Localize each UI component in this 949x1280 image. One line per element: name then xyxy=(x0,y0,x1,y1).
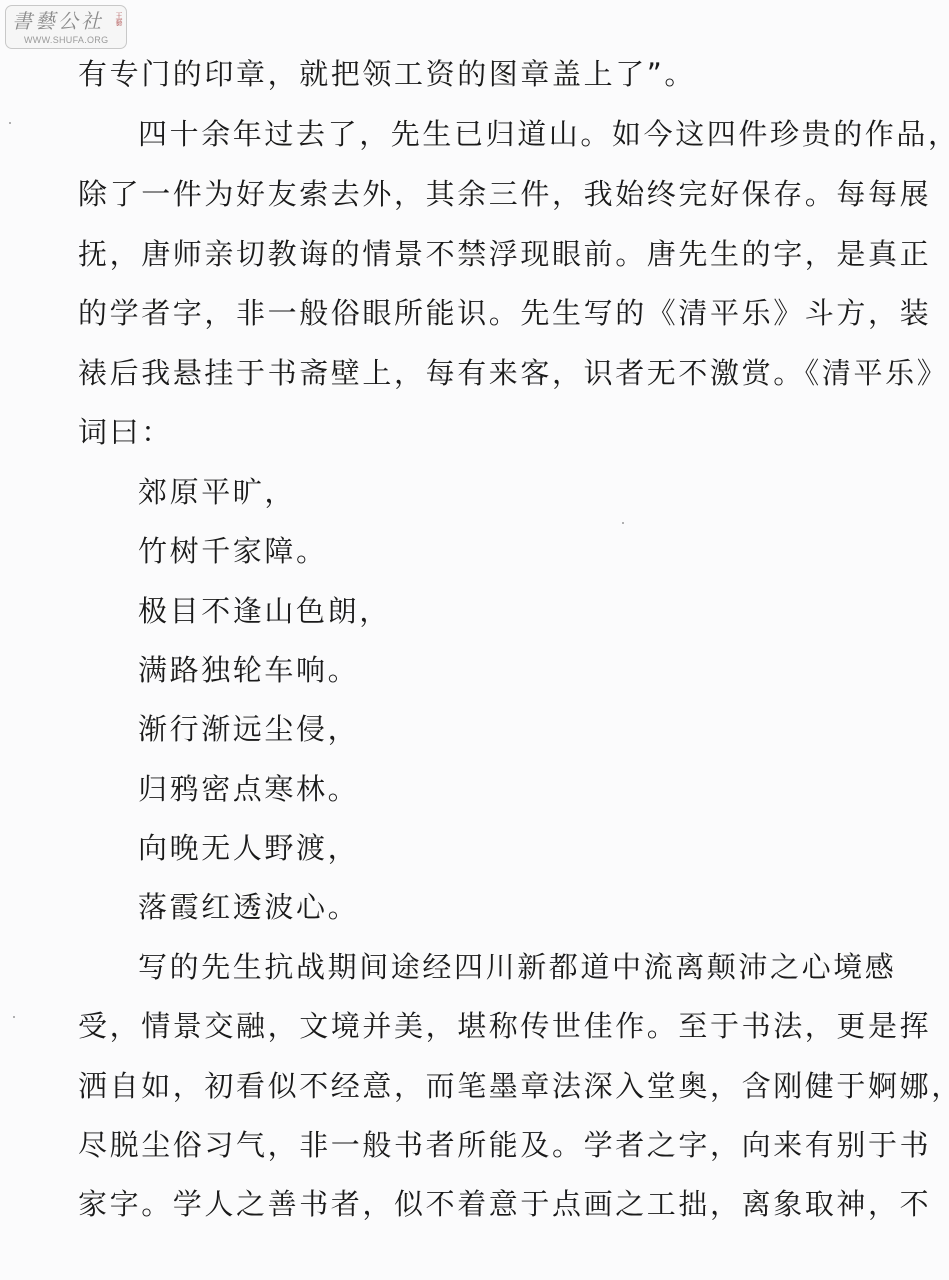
text-line: 有专门的印章，就把领工资的图章盖上了”。 xyxy=(78,56,696,92)
text-line: 的学者字，非一般俗眼所能识。先生写的《清平乐》斗方，装 xyxy=(78,295,931,331)
text-line: 家字。学人之善书者，似不着意于点画之工拙，离象取神，不 xyxy=(78,1186,931,1222)
text-line: 洒自如，初看似不经意，而笔墨章法深入堂奥，含刚健于婀娜， xyxy=(78,1068,949,1104)
poem-line: 满路独轮车响。 xyxy=(138,652,359,688)
poem-line: 归鸦密点寒林。 xyxy=(138,771,359,807)
poem-line: 落霞红透波心。 xyxy=(138,889,359,925)
text-line: 裱后我悬挂于书斋壁上，每有来客，识者无不激赏。《清平乐》 xyxy=(78,355,948,391)
scan-speck xyxy=(13,1016,15,1018)
scan-speck xyxy=(9,122,11,124)
watermark-seal-icon: 王藝 xyxy=(113,12,123,38)
watermark-title: 書藝公社 xyxy=(12,8,104,34)
watermark-url: WWW.SHUFA.ORG xyxy=(24,35,108,45)
text-line: 除了一件为好友索去外，其余三件，我始终完好保存。每每展 xyxy=(78,176,931,212)
paragraph-start-line: 四十余年过去了，先生已归道山。如今这四件珍贵的作品， xyxy=(138,116,949,152)
text-line: 受，情景交融，文境并美，堪称传世佳作。至于书法，更是挥 xyxy=(78,1008,931,1044)
poem-line: 极目不逢山色朗， xyxy=(138,593,391,629)
paragraph-start-line: 写的先生抗战期间途经四川新都道中流离颠沛之心境感 xyxy=(138,949,896,985)
text-line: 抚，唐师亲切教诲的情景不禁浮现眼前。唐先生的字，是真正 xyxy=(78,236,931,272)
poem-line: 郊原平旷， xyxy=(138,474,296,510)
text-line: 尽脱尘俗习气，非一般书者所能及。学者之字，向来有别于书 xyxy=(78,1127,931,1163)
scan-speck xyxy=(622,522,624,524)
watermark-logo: 書藝公社 王藝 WWW.SHUFA.ORG xyxy=(5,5,127,49)
poem-line: 向晚无人野渡， xyxy=(138,830,359,866)
poem-line: 竹树千家障。 xyxy=(138,533,328,569)
poem-line: 渐行渐远尘侵， xyxy=(138,711,359,747)
text-line: 词曰： xyxy=(78,414,173,450)
